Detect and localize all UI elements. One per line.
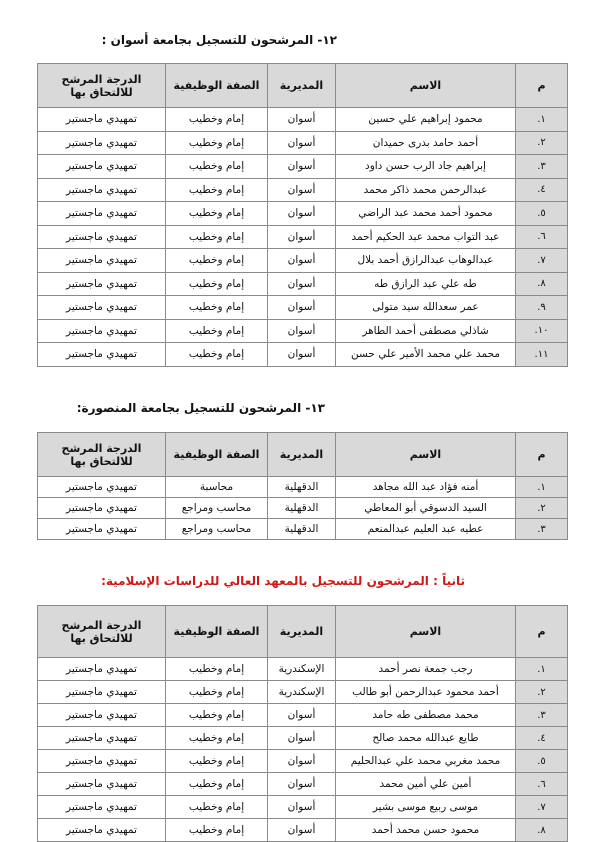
- job-title-cell: إمام وخطيب: [166, 155, 268, 179]
- job-title-cell: محاسب ومراجع: [166, 519, 268, 540]
- candidate-name: محمد علي محمد الأمير علي حسن: [336, 343, 516, 367]
- job-title-cell: إمام وخطيب: [166, 108, 268, 132]
- candidate-name: رجب جمعة نصر أحمد: [336, 658, 516, 681]
- row-number: ١٠.: [516, 319, 568, 343]
- row-number: ٦.: [516, 773, 568, 796]
- table-row: ١.محمود إبراهيم علي حسينأسوانإمام وخطيبت…: [38, 108, 568, 132]
- header-name: الاسم: [336, 433, 516, 477]
- table-row: ١٠.شاذلي مصطفى أحمد الطاهرأسوانإمام وخطي…: [38, 319, 568, 343]
- candidate-name: طايع عبدالله محمد صالح: [336, 727, 516, 750]
- degree-cell: تمهيدي ماجستير: [38, 319, 166, 343]
- row-number: ٨.: [516, 819, 568, 842]
- degree-cell: تمهيدي ماجستير: [38, 519, 166, 540]
- directorate-cell: أسوان: [268, 704, 336, 727]
- directorate-cell: أسوان: [268, 131, 336, 155]
- row-number: ٢.: [516, 131, 568, 155]
- candidate-name: محمد مصطفى طه حامد: [336, 704, 516, 727]
- header-directorate: المديرية: [268, 606, 336, 658]
- candidate-name: موسى ربيع موسى بشير: [336, 796, 516, 819]
- candidates-table-aswan: م الاسم المديرية الصفة الوظيفية الدرجة ا…: [37, 63, 568, 367]
- candidate-name: أحمد محمود عبدالرحمن أبو طالب: [336, 681, 516, 704]
- row-number: ٥.: [516, 750, 568, 773]
- table-row: ٢.السيد الدسوقي أبو المعاطيالدقهليةمحاسب…: [38, 498, 568, 519]
- header-name: الاسم: [336, 606, 516, 658]
- job-title-cell: إمام وخطيب: [166, 727, 268, 750]
- job-title-cell: إمام وخطيب: [166, 750, 268, 773]
- directorate-cell: أسوان: [268, 108, 336, 132]
- table-row: ٩.عمر سعدالله سيد متولىأسوانإمام وخطيبتم…: [38, 296, 568, 320]
- directorate-cell: أسوان: [268, 819, 336, 842]
- table-row: ٧.عبدالوهاب عبدالرازق أحمد بلالأسوانإمام…: [38, 249, 568, 273]
- document-page: ١٢- المرشحون للتسجيل بجامعة أسوان : م ال…: [0, 0, 595, 842]
- table-row: ١.رجب جمعة نصر أحمدالإسكندريةإمام وخطيبت…: [38, 658, 568, 681]
- job-title-cell: إمام وخطيب: [166, 819, 268, 842]
- job-title-cell: إمام وخطيب: [166, 658, 268, 681]
- table-row: ٤.طايع عبدالله محمد صالحأسوانإمام وخطيبت…: [38, 727, 568, 750]
- job-title-cell: محاسب ومراجع: [166, 498, 268, 519]
- section-title-mansoura: ١٣- المرشحون للتسجيل بجامعة المنصورة:: [77, 401, 325, 415]
- degree-cell: تمهيدي ماجستير: [38, 272, 166, 296]
- directorate-cell: الدقهلية: [268, 498, 336, 519]
- row-number: ٤.: [516, 178, 568, 202]
- header-job-title: الصفة الوظيفية: [166, 433, 268, 477]
- degree-cell: تمهيدي ماجستير: [38, 773, 166, 796]
- directorate-cell: أسوان: [268, 249, 336, 273]
- header-name: الاسم: [336, 64, 516, 108]
- row-number: ١١.: [516, 343, 568, 367]
- row-number: ٩.: [516, 296, 568, 320]
- header-num: م: [516, 433, 568, 477]
- table-header-row: م الاسم المديرية الصفة الوظيفية الدرجة ا…: [38, 606, 568, 658]
- row-number: ٥.: [516, 202, 568, 226]
- job-title-cell: إمام وخطيب: [166, 296, 268, 320]
- degree-cell: تمهيدي ماجستير: [38, 477, 166, 498]
- candidate-name: أمنه فؤاد عبد الله مجاهد: [336, 477, 516, 498]
- degree-cell: تمهيدي ماجستير: [38, 155, 166, 179]
- row-number: ١.: [516, 108, 568, 132]
- directorate-cell: أسوان: [268, 750, 336, 773]
- degree-cell: تمهيدي ماجستير: [38, 750, 166, 773]
- job-title-cell: إمام وخطيب: [166, 773, 268, 796]
- header-degree: الدرجة المرشح للالتحاق بها: [38, 606, 166, 658]
- table-row: ٨.طه علي عبد الرازق طهأسوانإمام وخطيبتمه…: [38, 272, 568, 296]
- job-title-cell: إمام وخطيب: [166, 704, 268, 727]
- degree-cell: تمهيدي ماجستير: [38, 704, 166, 727]
- table-row: ١.أمنه فؤاد عبد الله مجاهدالدقهليةمحاسبة…: [38, 477, 568, 498]
- row-number: ١.: [516, 477, 568, 498]
- directorate-cell: الدقهلية: [268, 477, 336, 498]
- row-number: ٨.: [516, 272, 568, 296]
- row-number: ٣.: [516, 155, 568, 179]
- job-title-cell: إمام وخطيب: [166, 131, 268, 155]
- candidate-name: عطيه عبد العليم عبدالمنعم: [336, 519, 516, 540]
- table-row: ٤.عبدالرحمن محمد ذاكر محمدأسوانإمام وخطي…: [38, 178, 568, 202]
- candidate-name: عبد التواب محمد عبد الحكيم أحمد: [336, 225, 516, 249]
- directorate-cell: أسوان: [268, 225, 336, 249]
- degree-cell: تمهيدي ماجستير: [38, 178, 166, 202]
- candidate-name: عبدالوهاب عبدالرازق أحمد بلال: [336, 249, 516, 273]
- table-row: ٥.محمد مغربي محمد علي عبدالحليمأسوانإمام…: [38, 750, 568, 773]
- directorate-cell: أسوان: [268, 343, 336, 367]
- job-title-cell: إمام وخطيب: [166, 681, 268, 704]
- header-degree: الدرجة المرشح للالتحاق بها: [38, 433, 166, 477]
- directorate-cell: الإسكندرية: [268, 658, 336, 681]
- degree-cell: تمهيدي ماجستير: [38, 658, 166, 681]
- row-number: ٢.: [516, 681, 568, 704]
- directorate-cell: أسوان: [268, 178, 336, 202]
- candidate-name: عبدالرحمن محمد ذاكر محمد: [336, 178, 516, 202]
- candidate-name: عمر سعدالله سيد متولى: [336, 296, 516, 320]
- degree-cell: تمهيدي ماجستير: [38, 249, 166, 273]
- table-row: ٥.محمود أحمد محمد عبد الراضيأسوانإمام وخ…: [38, 202, 568, 226]
- table-header-row: م الاسم المديرية الصفة الوظيفية الدرجة ا…: [38, 64, 568, 108]
- candidate-name: شاذلي مصطفى أحمد الطاهر: [336, 319, 516, 343]
- row-number: ٢.: [516, 498, 568, 519]
- header-job-title: الصفة الوظيفية: [166, 64, 268, 108]
- candidate-name: طه علي عبد الرازق طه: [336, 272, 516, 296]
- header-directorate: المديرية: [268, 64, 336, 108]
- candidates-table-islamic-institute: م الاسم المديرية الصفة الوظيفية الدرجة ا…: [37, 605, 568, 842]
- header-degree: الدرجة المرشح للالتحاق بها: [38, 64, 166, 108]
- row-number: ٣.: [516, 519, 568, 540]
- degree-cell: تمهيدي ماجستير: [38, 498, 166, 519]
- candidate-name: أحمد حامد بدرى حميدان: [336, 131, 516, 155]
- table-row: ٣.عطيه عبد العليم عبدالمنعمالدقهليةمحاسب…: [38, 519, 568, 540]
- row-number: ٧.: [516, 796, 568, 819]
- job-title-cell: إمام وخطيب: [166, 225, 268, 249]
- table-row: ٣.محمد مصطفى طه حامدأسوانإمام وخطيبتمهيد…: [38, 704, 568, 727]
- job-title-cell: إمام وخطيب: [166, 178, 268, 202]
- directorate-cell: أسوان: [268, 727, 336, 750]
- job-title-cell: محاسبة: [166, 477, 268, 498]
- table-row: ٢.أحمد حامد بدرى حميدانأسوانإمام وخطيبتم…: [38, 131, 568, 155]
- directorate-cell: الإسكندرية: [268, 681, 336, 704]
- directorate-cell: أسوان: [268, 796, 336, 819]
- header-num: م: [516, 64, 568, 108]
- row-number: ١.: [516, 658, 568, 681]
- table-header-row: م الاسم المديرية الصفة الوظيفية الدرجة ا…: [38, 433, 568, 477]
- job-title-cell: إمام وخطيب: [166, 796, 268, 819]
- candidate-name: محمد مغربي محمد علي عبدالحليم: [336, 750, 516, 773]
- header-job-title: الصفة الوظيفية: [166, 606, 268, 658]
- row-number: ٧.: [516, 249, 568, 273]
- degree-cell: تمهيدي ماجستير: [38, 296, 166, 320]
- degree-cell: تمهيدي ماجستير: [38, 681, 166, 704]
- section-title-aswan: ١٢- المرشحون للتسجيل بجامعة أسوان :: [102, 33, 337, 47]
- directorate-cell: الدقهلية: [268, 519, 336, 540]
- table-row: ٦.أمين علي أمين محمدأسوانإمام وخطيبتمهيد…: [38, 773, 568, 796]
- directorate-cell: أسوان: [268, 296, 336, 320]
- degree-cell: تمهيدي ماجستير: [38, 202, 166, 226]
- job-title-cell: إمام وخطيب: [166, 319, 268, 343]
- degree-cell: تمهيدي ماجستير: [38, 796, 166, 819]
- candidate-name: إبراهيم جاد الرب حسن داود: [336, 155, 516, 179]
- degree-cell: تمهيدي ماجستير: [38, 225, 166, 249]
- directorate-cell: أسوان: [268, 272, 336, 296]
- table-row: ٧.موسى ربيع موسى بشيرأسوانإمام وخطيبتمهي…: [38, 796, 568, 819]
- table-row: ٨.محمود حسن محمد أحمدأسوانإمام وخطيبتمهي…: [38, 819, 568, 842]
- degree-cell: تمهيدي ماجستير: [38, 108, 166, 132]
- table-row: ٦.عبد التواب محمد عبد الحكيم أحمدأسوانإم…: [38, 225, 568, 249]
- directorate-cell: أسوان: [268, 319, 336, 343]
- candidate-name: محمود أحمد محمد عبد الراضي: [336, 202, 516, 226]
- job-title-cell: إمام وخطيب: [166, 249, 268, 273]
- degree-cell: تمهيدي ماجستير: [38, 727, 166, 750]
- section-title-islamic-institute: ثانياً : المرشحون للتسجيل بالمعهد العالي…: [101, 574, 465, 588]
- candidates-table-mansoura: م الاسم المديرية الصفة الوظيفية الدرجة ا…: [37, 432, 568, 540]
- table-row: ١١.محمد علي محمد الأمير علي حسنأسوانإمام…: [38, 343, 568, 367]
- row-number: ٦.: [516, 225, 568, 249]
- header-directorate: المديرية: [268, 433, 336, 477]
- job-title-cell: إمام وخطيب: [166, 343, 268, 367]
- degree-cell: تمهيدي ماجستير: [38, 343, 166, 367]
- header-num: م: [516, 606, 568, 658]
- degree-cell: تمهيدي ماجستير: [38, 819, 166, 842]
- degree-cell: تمهيدي ماجستير: [38, 131, 166, 155]
- candidate-name: محمود حسن محمد أحمد: [336, 819, 516, 842]
- row-number: ٤.: [516, 727, 568, 750]
- job-title-cell: إمام وخطيب: [166, 202, 268, 226]
- candidate-name: السيد الدسوقي أبو المعاطي: [336, 498, 516, 519]
- directorate-cell: أسوان: [268, 202, 336, 226]
- row-number: ٣.: [516, 704, 568, 727]
- candidate-name: محمود إبراهيم علي حسين: [336, 108, 516, 132]
- table-row: ٣.إبراهيم جاد الرب حسن داودأسوانإمام وخط…: [38, 155, 568, 179]
- directorate-cell: أسوان: [268, 155, 336, 179]
- job-title-cell: إمام وخطيب: [166, 272, 268, 296]
- table-row: ٢.أحمد محمود عبدالرحمن أبو طالبالإسكندري…: [38, 681, 568, 704]
- directorate-cell: أسوان: [268, 773, 336, 796]
- candidate-name: أمين علي أمين محمد: [336, 773, 516, 796]
